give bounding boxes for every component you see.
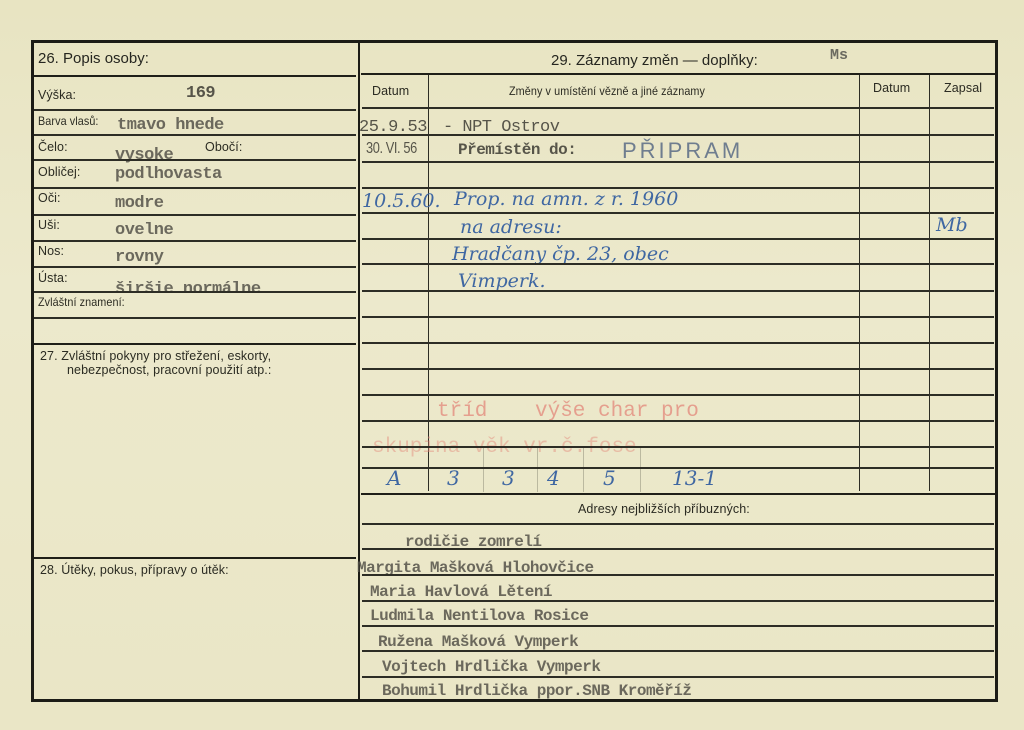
label-ears: Uši: <box>38 218 60 232</box>
rule <box>362 420 994 422</box>
rule <box>362 394 994 396</box>
entry-2-text: Přemístěn do: <box>458 141 576 159</box>
classification-value: 3 <box>447 466 460 490</box>
column-rule <box>640 448 641 492</box>
column-rule <box>583 448 584 492</box>
rule <box>34 187 356 189</box>
relative-entry: Bohumil Hrdlička ppor.SNB Kroměříž <box>382 682 691 700</box>
column-header-date: Datum <box>372 84 409 98</box>
classification-value: 5 <box>603 466 616 490</box>
relative-entry: Vojtech Hrdlička Vymperk <box>382 658 600 676</box>
rule <box>34 134 356 136</box>
column-rule <box>428 75 429 491</box>
column-header-changes: Změny v umístění vězně a jiné záznamy <box>509 84 705 98</box>
label-hair-color: Barva vlasů: <box>38 114 99 128</box>
rule <box>362 290 994 292</box>
value-face: podlhovasta <box>115 165 222 184</box>
divider <box>361 73 995 75</box>
rule <box>34 266 356 268</box>
rule <box>362 161 994 163</box>
section-28-title: 28. Útěky, pokus, přípravy o útěk: <box>40 563 229 577</box>
section-29-title: 29. Záznamy změn — doplňky: <box>551 52 758 69</box>
classification-value: 3 <box>502 466 515 490</box>
value-height: 169 <box>186 84 215 103</box>
rule <box>362 134 994 136</box>
entry-3-date: 10.5.60. <box>362 190 441 212</box>
column-rule <box>859 75 860 491</box>
center-divider <box>358 40 360 702</box>
label-forehead: Čelo: <box>38 140 68 154</box>
divider <box>361 493 995 495</box>
rule <box>362 342 994 344</box>
column-rule <box>929 75 930 491</box>
classification-value: 13-1 <box>672 466 717 490</box>
column-rule <box>537 448 538 492</box>
label-height: Výška: <box>38 88 76 102</box>
rule <box>362 187 994 189</box>
rule <box>34 317 356 319</box>
entry-4-text: na adresu: <box>460 216 562 238</box>
rule <box>362 263 994 265</box>
rule <box>34 291 356 293</box>
rule <box>34 109 356 111</box>
value-mouth: širšie normálne <box>115 280 261 299</box>
recorded-by-mark: Mb <box>936 214 968 236</box>
entry-3-text: Prop. na amn. z r. 1960 <box>454 188 678 210</box>
relatives-title: Adresy nejbližších příbuzných: <box>578 502 750 516</box>
rule <box>34 159 356 161</box>
column-header-recorded-by: Zapsal <box>944 81 982 95</box>
rule <box>362 446 994 448</box>
section-27-title-line1: 27. Zvláštní pokyny pro střežení, eskort… <box>40 349 271 363</box>
entry-6-text: Vimperk. <box>458 270 546 292</box>
value-hair-color: tmavo hnede <box>117 116 224 135</box>
label-eyes: Oči: <box>38 191 61 205</box>
value-eyes: modre <box>115 194 164 213</box>
rule <box>362 625 994 627</box>
section-27-title-line2: nebezpečnost, pracovní použití atp.: <box>67 363 271 377</box>
value-forehead: vysoke <box>115 146 173 165</box>
rule <box>362 107 994 109</box>
divider <box>34 343 356 345</box>
rule <box>362 650 994 652</box>
section-26-title: 26. Popis osoby: <box>38 50 149 67</box>
prisoner-record-card: 26. Popis osoby: Výška: 169 Barva vlasů:… <box>0 0 1024 730</box>
rule <box>34 214 356 216</box>
column-header-date-2: Datum <box>873 81 910 95</box>
rule <box>362 676 994 678</box>
classification-value: A <box>387 466 401 490</box>
label-special-marks: Zvláštní znamení: <box>38 295 125 309</box>
relative-entry: Ludmila Nentilova Rosice <box>370 607 588 625</box>
relative-entry: Maria Havlová Lětení <box>370 583 552 601</box>
divider <box>34 75 356 77</box>
relative-entry: Ružena Mašková Vymperk <box>378 633 578 651</box>
classification-value: 4 <box>547 466 560 490</box>
entry-5-text: Hradčany čp. 23, obec <box>452 243 669 265</box>
rule <box>34 240 356 242</box>
rule <box>362 368 994 370</box>
rule <box>362 523 994 525</box>
label-face: Obličej: <box>38 165 80 179</box>
value-nose: rovny <box>115 248 164 267</box>
divider <box>34 557 356 559</box>
label-eyebrows: Obočí: <box>205 140 242 154</box>
label-mouth: Ústa: <box>38 271 68 285</box>
entry-2-date: 30. VI. 56 <box>366 140 417 158</box>
initials-stamp: Ms <box>830 47 848 64</box>
rule <box>362 316 994 318</box>
rule <box>362 574 994 576</box>
rule <box>362 600 994 602</box>
column-rule <box>483 448 484 492</box>
rule <box>362 238 994 240</box>
value-ears: ovelne <box>115 221 173 240</box>
label-nose: Nos: <box>38 244 64 258</box>
rule <box>362 548 994 550</box>
rule <box>362 212 994 214</box>
